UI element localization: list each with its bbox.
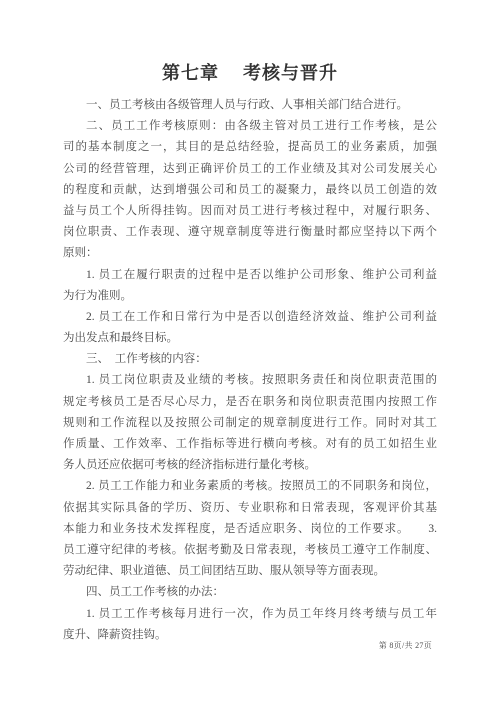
- text-line: 依据其实际具备的学历、资历、专业职称和日常表现，客观评价其基: [63, 498, 437, 519]
- text-line: 司的基本制度之一，其目的是总结经验，提高员工的业务素质，加强: [63, 137, 437, 158]
- chapter-label: 第七章: [162, 63, 219, 83]
- text-line: 三、 工作考核的内容：: [63, 349, 437, 370]
- text-line: 作质量、工作效率、工作指标等进行横向考核。对有的员工如招生业: [63, 434, 437, 455]
- document-page: 第七章考核与晋升 一、员工考核由各级管理人员与行政、人事相关部门结合进行。二、员…: [0, 0, 500, 707]
- page-footer: 第 8页/共 27页: [379, 640, 432, 651]
- text-line: 规则和工作流程以及按照公司制定的规章制度进行工作。同时对其工: [63, 413, 437, 434]
- page-number: 第 8页/共 27页: [379, 641, 432, 650]
- text-line: 二、员工工作考核原则：由各级主管对员工进行工作考核，是公: [63, 116, 437, 137]
- text-line: 益与员工个人所得挂钩。因而对员工进行考核过程中，对履行职务、: [63, 201, 437, 222]
- text-line: 1. 员工岗位职责及业绩的考核。按照职务责任和岗位职责范围的: [63, 370, 437, 391]
- text-line: 2. 员工在工作和日常行为中是否以创造经济效益、维护公司利益: [63, 307, 437, 328]
- text-line: 员工遵守纪律的考核。依据考勤及日常表现，考核员工遵守工作制度、: [63, 540, 437, 561]
- text-line: 本能力和业务技术发挥程度，是否适应职务、岗位的工作要求。 3.: [63, 519, 437, 540]
- text-line: 规定考核员工是否尽心尽力，是否在职务和岗位职责范围内按照工作: [63, 392, 437, 413]
- text-line: 1. 员工工作考核每月进行一次，作为员工年终月终考绩与员工年: [63, 604, 437, 625]
- text-line: 劳动纪律、职业道德、员工间团结互助、服从领导等方面表现。: [63, 561, 437, 582]
- text-line: 2. 员工工作能力和业务素质的考核。按照员工的不同职务和岗位，: [63, 476, 437, 497]
- chapter-title: 考核与晋升: [243, 63, 338, 83]
- text-line: 原则：: [63, 243, 437, 264]
- text-line: 为行为准则。: [63, 286, 437, 307]
- text-line: 公司的经营管理，达到正确评价员工的工作业绩及其对公司发展关心: [63, 159, 437, 180]
- text-line: 1. 员工在履行职责的过程中是否以维护公司形象、维护公司利益: [63, 265, 437, 286]
- text-line: 务人员还应依据可考核的经济指标进行量化考核。: [63, 455, 437, 476]
- page-title: 第七章考核与晋升: [0, 59, 500, 85]
- text-line: 的程度和贡献，达到增强公司和员工的凝聚力，最终以员工创造的效: [63, 180, 437, 201]
- text-line: 四、员工工作考核的办法：: [63, 582, 437, 603]
- text-line: 岗位职责、工作表现、遵守规章制度等进行衡量时都应坚持以下两个: [63, 222, 437, 243]
- text-line: 一、员工考核由各级管理人员与行政、人事相关部门结合进行。: [63, 95, 437, 116]
- document-body: 一、员工考核由各级管理人员与行政、人事相关部门结合进行。二、员工工作考核原则：由…: [63, 95, 437, 646]
- text-line: 为出发点和最终目标。: [63, 328, 437, 349]
